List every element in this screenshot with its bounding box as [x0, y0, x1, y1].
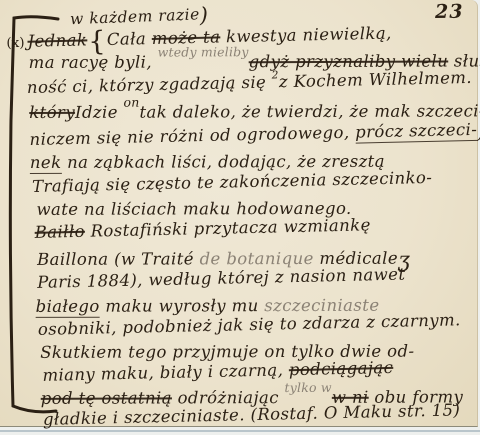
handwriting-text: Baillona (w Traité	[37, 249, 200, 269]
crossed-word: podciągając	[289, 358, 394, 379]
underlined-words: prócz szczeci-	[355, 120, 478, 144]
handwriting-text: maku wyrosły mu	[100, 296, 265, 316]
manuscript-line: niczem się nie różni od ogrodowego, próc…	[29, 119, 480, 153]
superscript-number: 2	[272, 69, 279, 81]
handwriting-layer: w każdem razie) 23 (x)Jednak{Cała może t…	[0, 0, 480, 435]
pencil-insertion: wtedy mieliby	[158, 45, 249, 60]
handwriting-text: ność ci, którzy zgadzają się	[27, 72, 272, 97]
handwriting-text: ma racyę byli,	[29, 53, 158, 72]
manuscript-line: Trafiają się często te zakończenia szcze…	[32, 169, 433, 197]
manuscript-line: Baiłło Rostafiński przytacza wzmiankę	[34, 216, 370, 243]
underlined-word: nek	[30, 153, 62, 174]
manuscript-scan: w każdem razie) 23 (x)Jednak{Cała może t…	[0, 0, 480, 435]
crossed-word: Jednak	[27, 30, 87, 50]
handwriting-text: miany maku, biały i czarną,	[42, 360, 289, 385]
handwriting-text: tak daleko, że twierdzi, że mak szczeci-	[139, 101, 480, 121]
footnote-marker: (x)	[6, 35, 25, 51]
crossed-words: pod tę ostatnią	[41, 388, 172, 407]
handwriting-text: kwestya niewielką,	[220, 24, 392, 47]
handwriting-text: z Kochem Wilhelmem.	[279, 68, 472, 91]
handwriting-text: na ząbkach liści, dodając, że zresztą	[61, 152, 385, 172]
handwriting-text: Idzie	[75, 103, 124, 122]
crossed-word: Baiłło	[34, 222, 85, 242]
page-number: 23	[435, 1, 464, 23]
underlined-word: białego	[36, 297, 100, 318]
handwriting-text: Cała	[107, 29, 152, 49]
manuscript-line: ność ci, którzy zgadzają się 2z Kochem W…	[27, 69, 472, 98]
crossed-word: który	[29, 103, 75, 122]
insertion-above: on	[123, 96, 139, 110]
handwriting-text: niczem się nie różni od ogrodowego,	[29, 123, 355, 149]
pencil-overwritten-words: de botanique	[200, 249, 314, 268]
manuscript-line: miany maku, biały i czarną, podciągając	[42, 359, 393, 386]
pencil-insertion: tylko w	[285, 381, 332, 396]
